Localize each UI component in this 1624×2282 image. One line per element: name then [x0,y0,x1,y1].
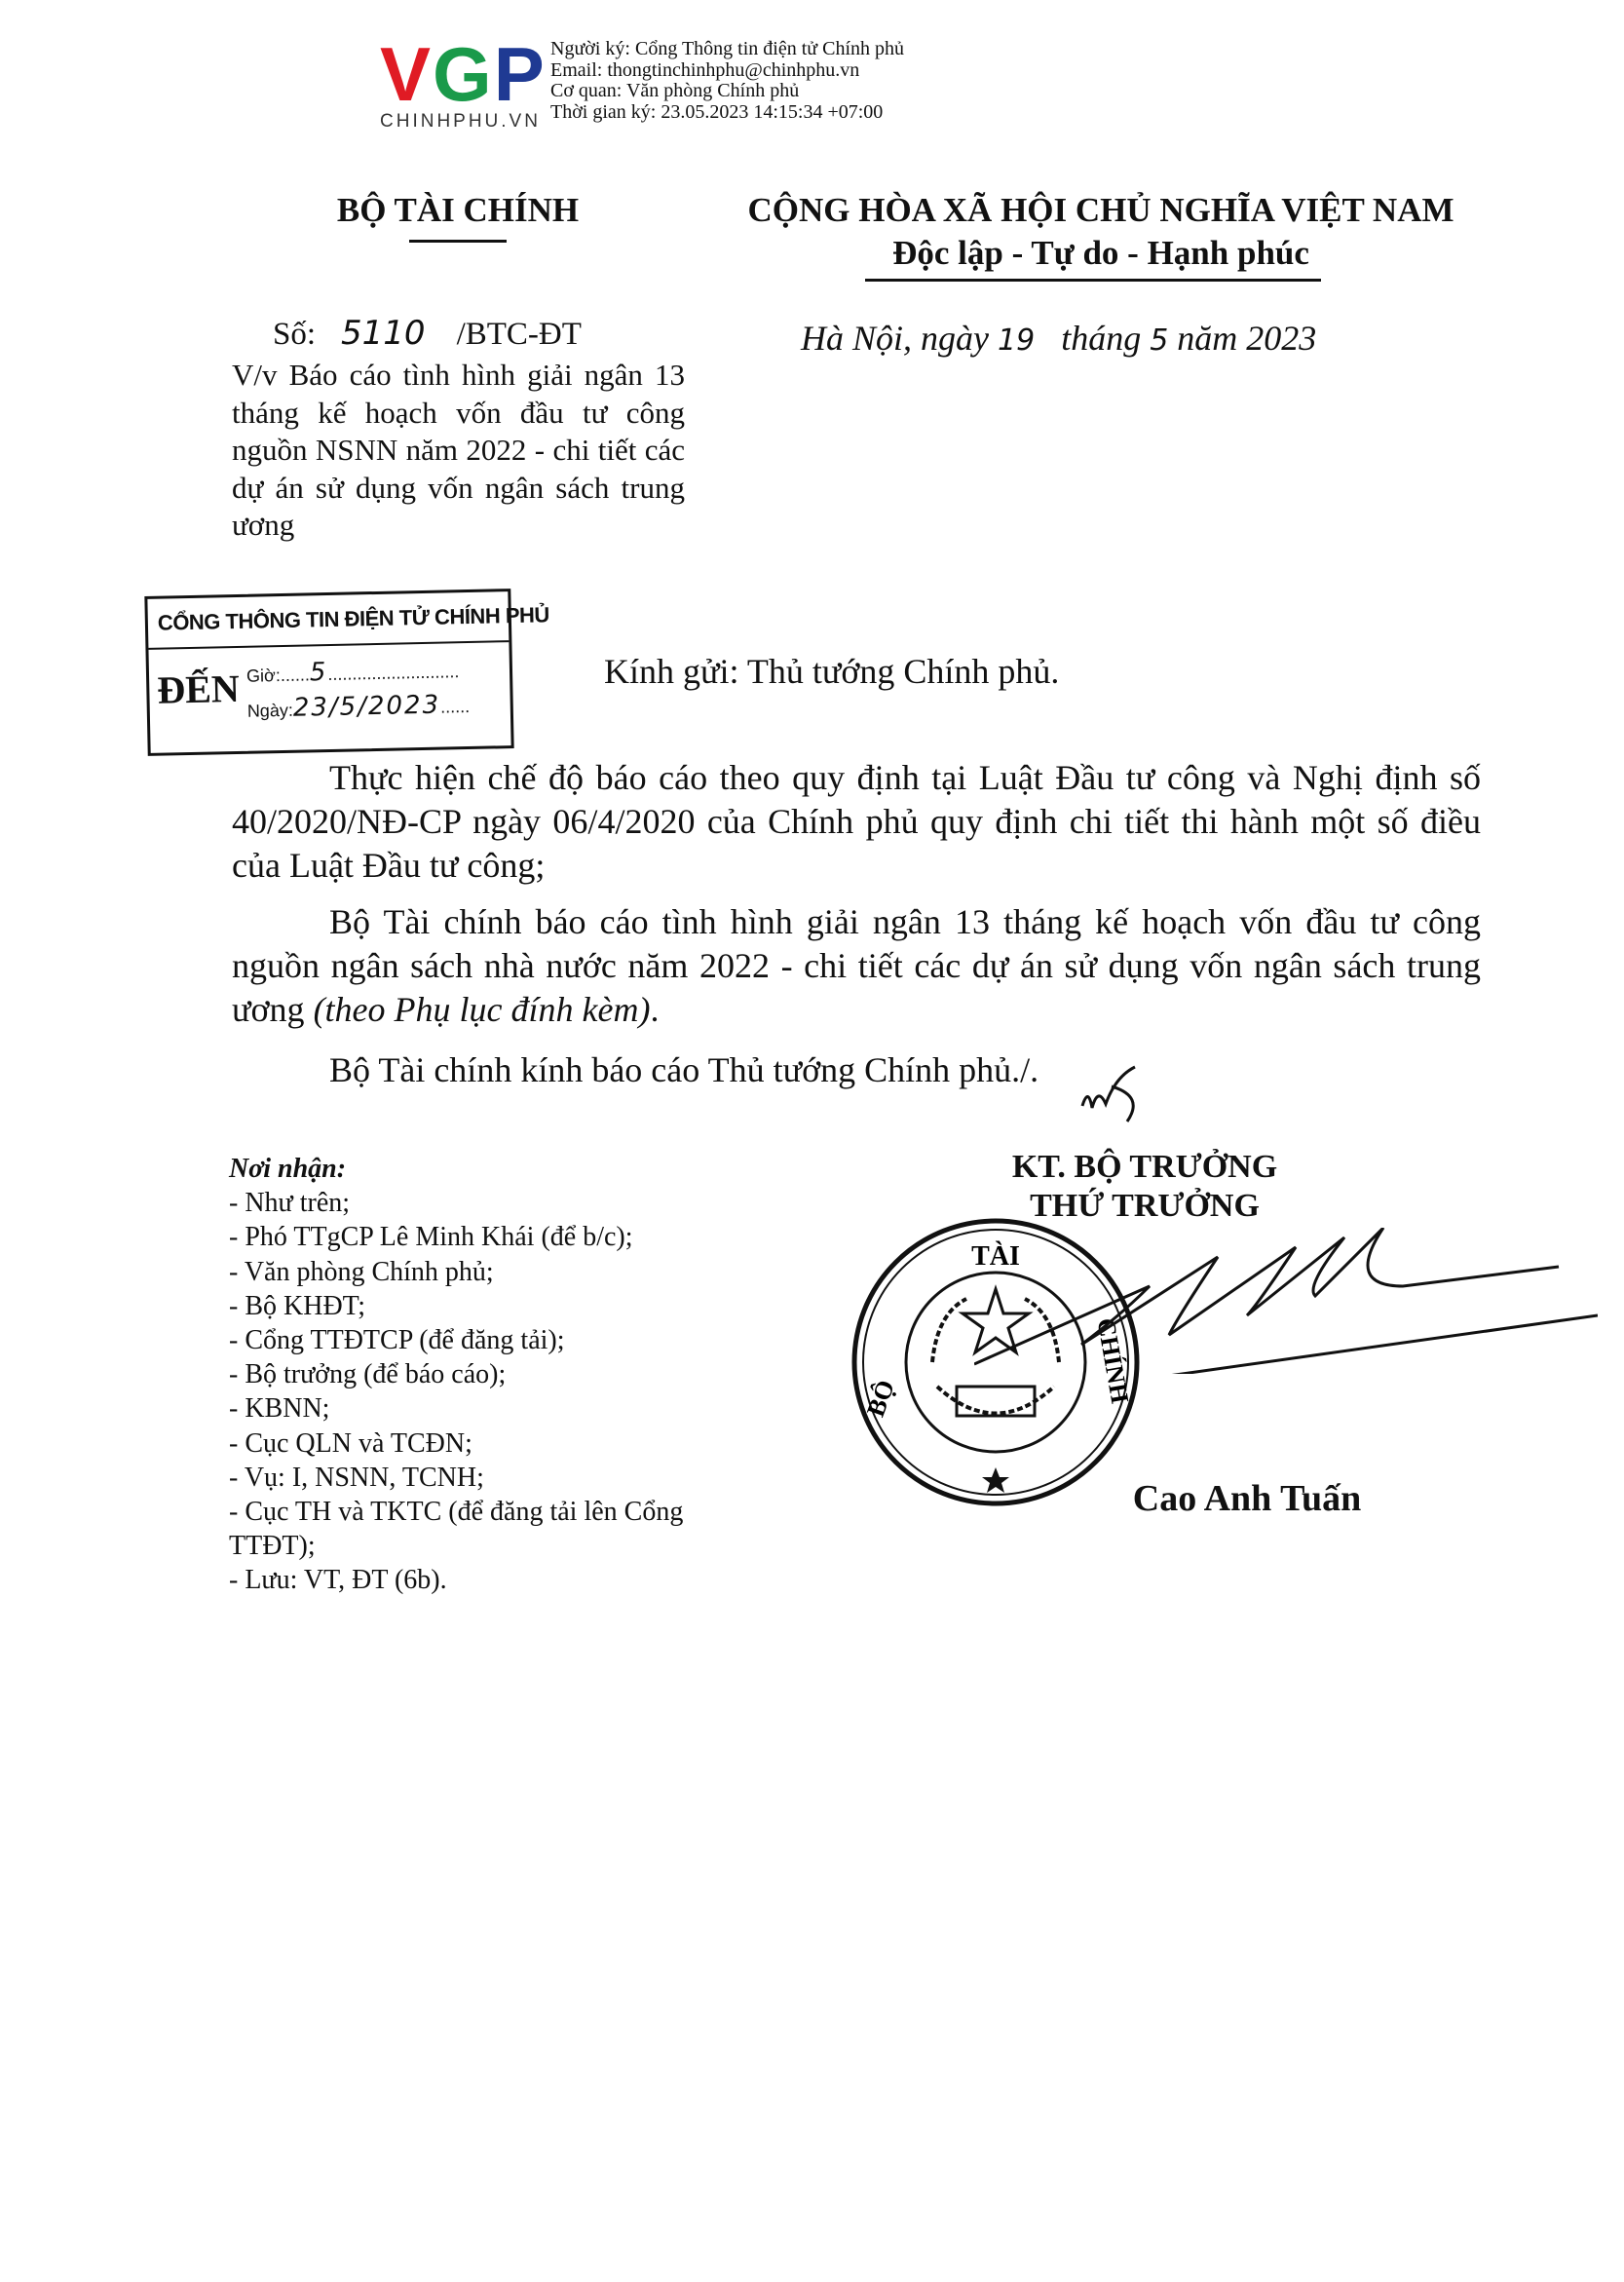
stamp-time-label: Giờ: [246,666,281,686]
vgp-logo: VGP CHINHPHU.VN [380,35,555,133]
issue-date: Hà Nội, ngày 19 tháng 5 năm 2023 [801,318,1316,359]
stamp-date: Ngày:23/5/2023...... [246,690,470,724]
paragraph-1: Thực hiện chế độ báo cáo theo quy định t… [232,756,1481,888]
doc-number-value: 5110 [341,314,426,353]
recipient-item: - Như trên; [229,1186,683,1220]
ministry-name: BỘ TÀI CHÍNH [292,191,623,230]
initial-mark-icon [1076,1057,1164,1125]
vgp-letter-v: V [380,31,433,117]
date-month-label: tháng [1061,319,1141,358]
date-month: 5 [1150,323,1168,358]
recipient-item: - Vụ: I, NSNN, TCNH; [229,1461,683,1495]
date-prefix: Hà Nội, ngày [801,319,989,358]
paragraph-2-end: . [650,990,659,1029]
handwritten-signature-icon [974,1228,1598,1374]
vgp-letters: VGP [380,35,555,113]
appendix-reference: (theo Phụ lục đính kèm) [314,990,651,1029]
paragraph-1-text: Thực hiện chế độ báo cáo theo quy định t… [232,758,1481,885]
signer-name: Cao Anh Tuấn [1072,1477,1422,1520]
stamp-time: Giờ:......5........................... [246,655,460,689]
vgp-letter-g: G [433,31,494,117]
seal-text-left: BỘ [861,1376,900,1420]
stamp-den: ĐẾN [157,666,240,713]
date-day: 19 [998,323,1035,358]
recipient-item: TTĐT); [229,1529,683,1563]
digital-signature-meta: Người ký: Cổng Thông tin điện tử Chính p… [550,39,904,123]
closing-paragraph: Bộ Tài chính kính báo cáo Thủ tướng Chín… [232,1048,1481,1092]
salutation: Kính gửi: Thủ tướng Chính phủ. [604,651,1059,692]
vgp-site: CHINHPHU.VN [380,111,555,133]
recipient-item: - Văn phòng Chính phủ; [229,1255,683,1289]
signed-time: Thời gian ký: 23.05.2023 14:15:34 +07:00 [550,102,904,124]
nation-name: CỘNG HÒA XÃ HỘI CHỦ NGHĨA VIỆT NAM [682,191,1520,230]
document-subject: V/v Báo cáo tình hình giải ngân 13 tháng… [232,357,685,545]
document-number: Số:5110/BTC-ĐT [273,314,582,353]
recipient-item: - Phó TTgCP Lê Minh Khái (để b/c); [229,1220,683,1254]
reception-stamp: CỔNG THÔNG TIN ĐIỆN TỬ CHÍNH PHỦ ĐẾN Giờ… [144,589,513,756]
signer-email: Email: thongtinchinhphu@chinhphu.vn [550,60,904,82]
stamp-title: CỔNG THÔNG TIN ĐIỆN TỬ CHÍNH PHỦ [147,591,509,650]
national-motto: Độc lập - Tự do - Hạnh phúc [682,234,1520,273]
recipient-item: - Bộ KHĐT; [229,1289,683,1323]
doc-number-suffix: /BTC-ĐT [457,317,582,352]
ministry-divider [409,240,507,243]
recipient-item: - Lưu: VT, ĐT (6b). [229,1563,683,1597]
recipient-item: - Bộ trưởng (để báo cáo); [229,1357,683,1391]
closing-text: Bộ Tài chính kính báo cáo Thủ tướng Chín… [329,1050,1039,1089]
recipient-item: - Cổng TTĐTCP (để đăng tải); [229,1323,683,1357]
paragraph-2: Bộ Tài chính báo cáo tình hình giải ngân… [232,900,1481,1032]
recipients-list: Nơi nhận: - Như trên; - Phó TTgCP Lê Min… [229,1152,683,1598]
recipient-item: - KBNN; [229,1391,683,1426]
recipients-title: Nơi nhận: [229,1152,683,1186]
recipient-item: - Cục QLN và TCĐN; [229,1426,683,1461]
signature-title: KT. BỘ TRƯỞNG THỨ TRƯỞNG [935,1148,1354,1226]
stamp-date-label: Ngày: [247,701,293,721]
motto-divider [865,279,1321,282]
recipient-item: - Cục TH và TKTC (để đăng tải lên Cổng [229,1495,683,1529]
signer: Người ký: Cổng Thông tin điện tử Chính p… [550,39,904,60]
date-year: năm 2023 [1177,319,1316,358]
on-behalf-label: KT. BỘ TRƯỞNG [935,1148,1354,1187]
stamp-time-value: 5 [310,658,328,687]
doc-number-label: Số: [273,317,316,352]
vgp-letter-p: P [494,31,547,117]
signer-agency: Cơ quan: Văn phòng Chính phủ [550,81,904,102]
stamp-date-value: 23/5/2023 [292,691,440,723]
